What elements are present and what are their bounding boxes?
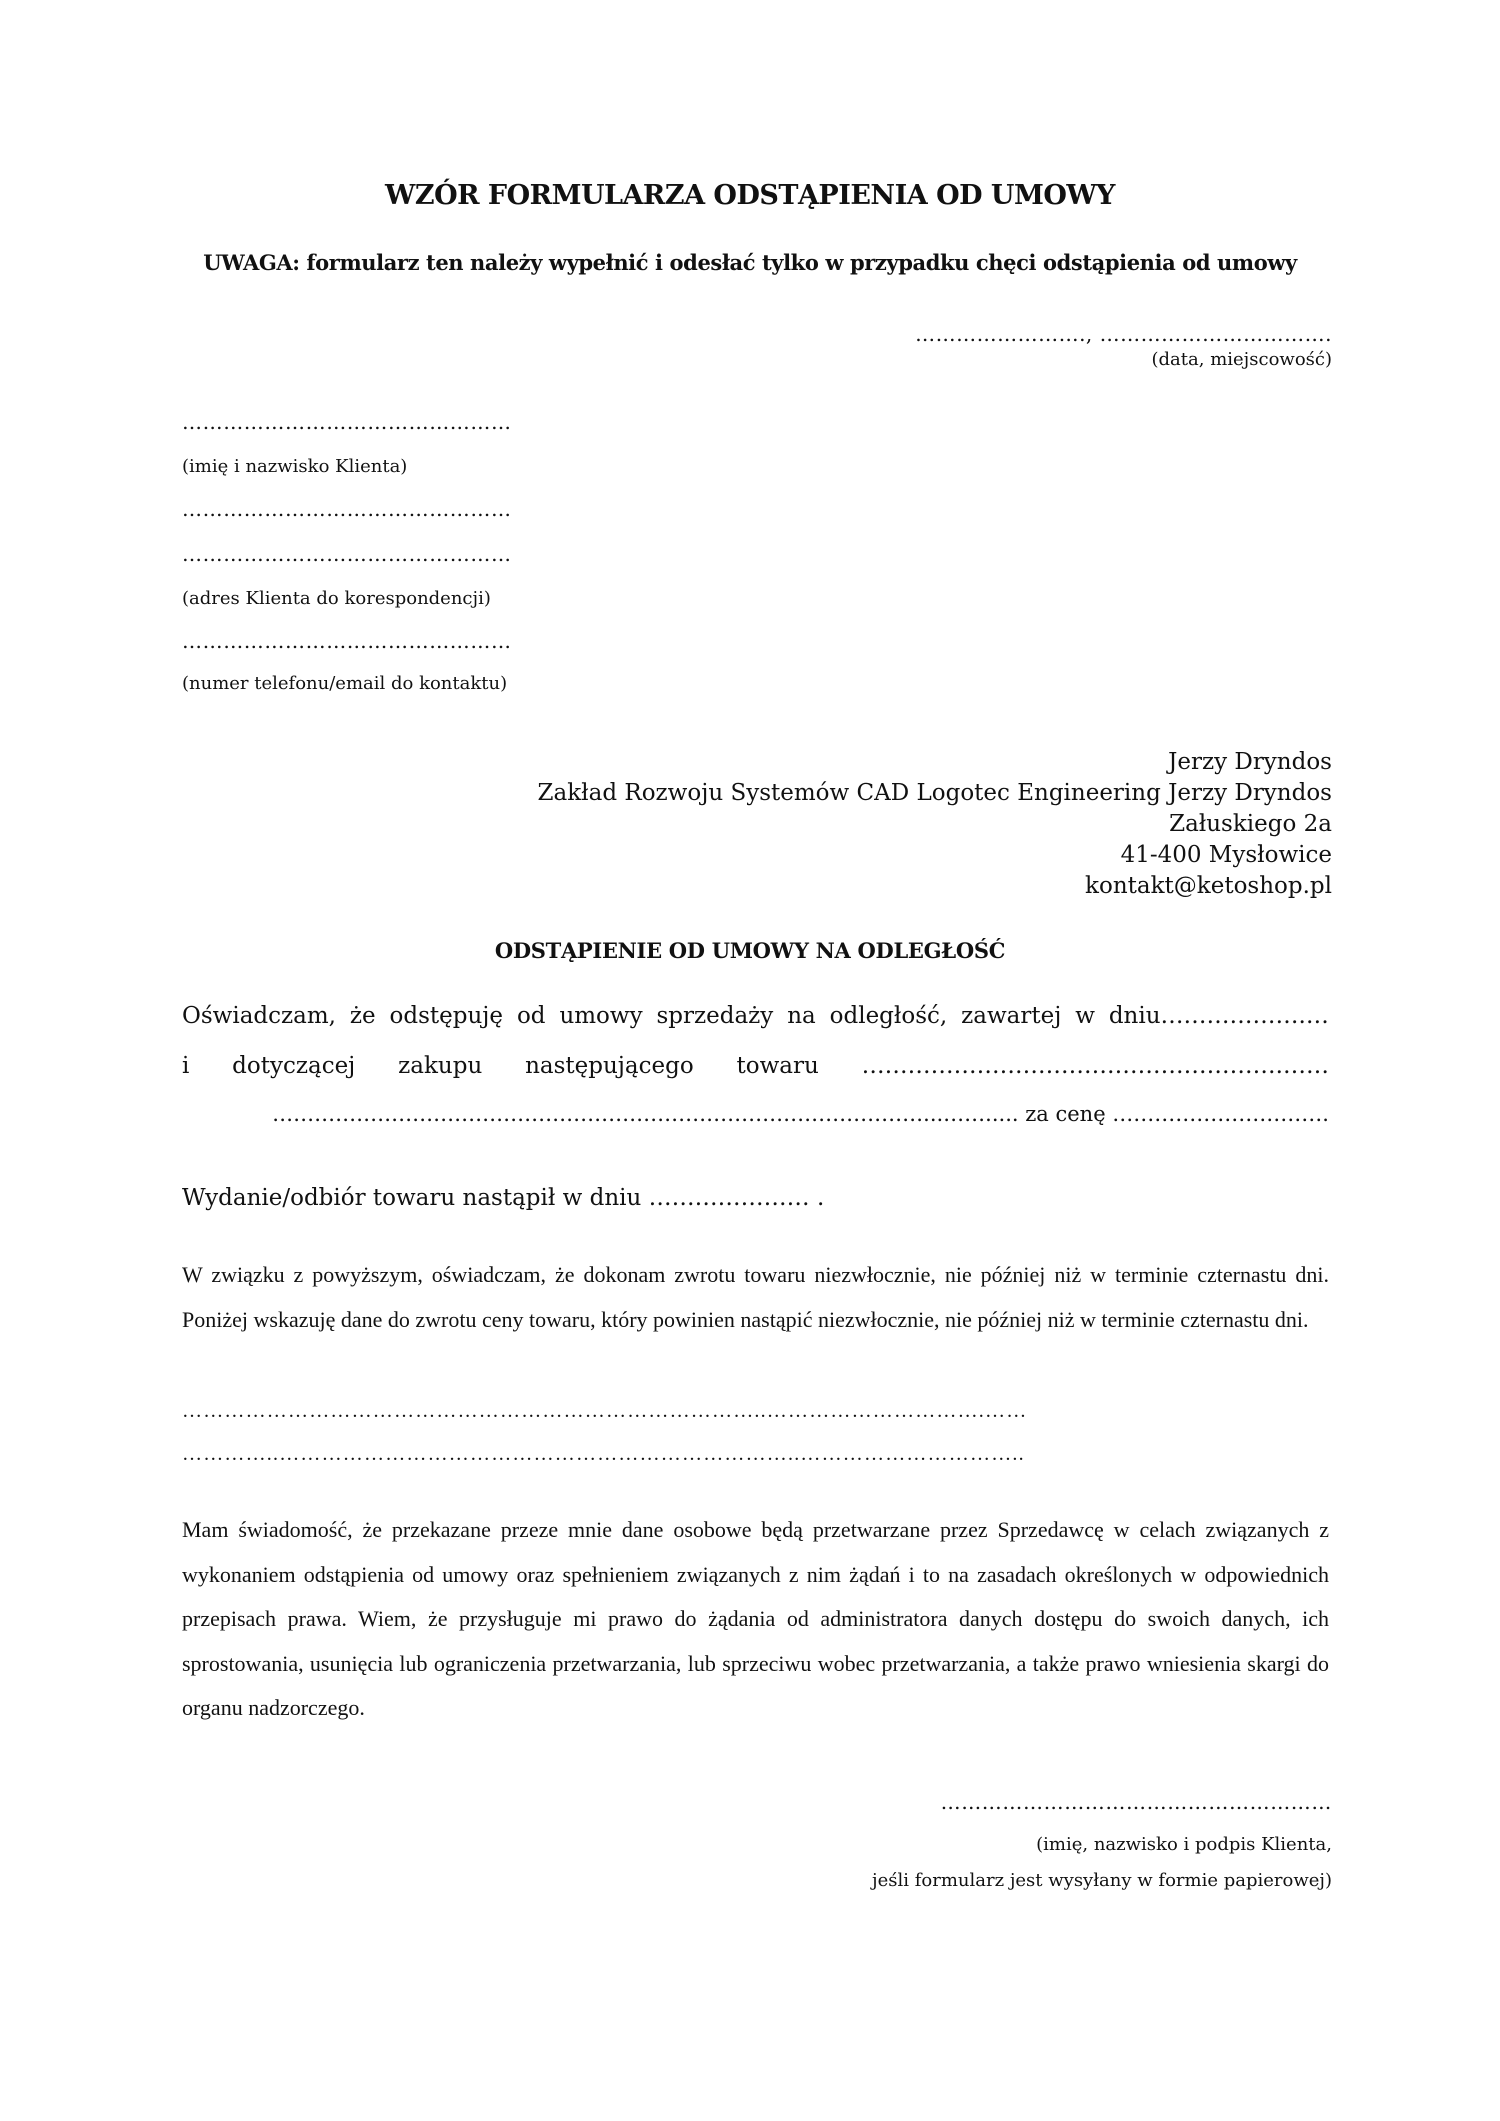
- recipient-line: Załuskiego 2a: [538, 809, 1332, 840]
- statement-word: umowy: [559, 1003, 642, 1029]
- client-address-field-2[interactable]: …………………………………………: [182, 542, 512, 566]
- date-place-field[interactable]: ……………………., …………………………….: [915, 322, 1332, 346]
- recipient-line: Jerzy Dryndos: [538, 747, 1332, 778]
- client-address-field-1[interactable]: …………………………………………: [182, 497, 512, 521]
- statement-word: następującego: [525, 1053, 694, 1079]
- refund-paragraph: W związku z powyższym, oświadczam, że do…: [182, 1253, 1329, 1342]
- statement-word: odległość,: [830, 1003, 948, 1029]
- statement-word: na: [787, 1003, 816, 1029]
- statement-word: Oświadczam,: [182, 1003, 336, 1029]
- statement-word: od: [517, 1003, 546, 1029]
- recipient-line: Zakład Rozwoju Systemów CAD Logotec Engi…: [538, 778, 1332, 809]
- recipient-email: kontakt@ketoshop.pl: [538, 871, 1332, 902]
- statement-word: że: [350, 1003, 376, 1029]
- client-contact-label: (numer telefonu/email do kontaktu): [182, 673, 507, 694]
- statement-line-2: idotyczącejzakupunastępującegotowaru……………: [182, 1053, 1329, 1079]
- signature-label-line-1: (imię, nazwisko i podpis Klienta,: [1036, 1834, 1332, 1855]
- document-title: WZÓR FORMULARZA ODSTĄPIENIA OD UMOWY: [0, 180, 1500, 211]
- gdpr-paragraph: Mam świadomość, że przekazane przeze mni…: [182, 1508, 1329, 1731]
- statement-word: i: [182, 1053, 189, 1079]
- client-contact-field[interactable]: …………………………………………: [182, 629, 512, 653]
- statement-word: sprzedaży: [657, 1003, 774, 1029]
- signature-label-line-2: jeśli formularz jest wysyłany w formie p…: [872, 1870, 1332, 1891]
- delivery-date-statement[interactable]: Wydanie/odbiór towaru nastąpił w dniu ………: [182, 1185, 1329, 1211]
- client-name-label: (imię i nazwisko Klienta): [182, 456, 407, 477]
- client-address-label: (adres Klienta do korespondencji): [182, 588, 491, 609]
- statement-word: towaru: [737, 1053, 819, 1079]
- recipient-line: 41-400 Mysłowice: [538, 840, 1332, 871]
- refund-details-field-2[interactable]: …………..………………………………………………………………..………………………: [182, 1443, 1329, 1466]
- signature-field[interactable]: …………………………………………………: [941, 1790, 1332, 1814]
- statement-word: zakupu: [398, 1053, 482, 1079]
- notice-text: UWAGA: formularz ten należy wypełnić i o…: [0, 250, 1500, 275]
- refund-details-field-1[interactable]: ………………………………………………………………………..………………………….…: [182, 1400, 1329, 1423]
- statement-line-1: Oświadczam,żeodstępujęodumowysprzedażyna…: [182, 1003, 1329, 1029]
- statement-word: zawartej: [961, 1003, 1061, 1029]
- goods-price-field[interactable]: …………………………………………………………………………………...……....…: [182, 1102, 1329, 1126]
- client-name-field[interactable]: …………………………………………: [182, 410, 512, 434]
- statement-word[interactable]: ……………………………………………….……: [862, 1053, 1329, 1079]
- withdrawal-form-page: WZÓR FORMULARZA ODSTĄPIENIA OD UMOWY UWA…: [0, 0, 1500, 2121]
- date-place-label: (data, miejscowość): [1152, 349, 1332, 370]
- statement-word: odstępuję: [390, 1003, 504, 1029]
- recipient-address: Jerzy Dryndos Zakład Rozwoju Systemów CA…: [538, 747, 1332, 902]
- statement-word[interactable]: dniu……………….…: [1109, 1003, 1329, 1029]
- section-title: ODSTĄPIENIE OD UMOWY NA ODLEGŁOŚĆ: [0, 938, 1500, 963]
- statement-word: w: [1075, 1003, 1095, 1029]
- statement-word: dotyczącej: [232, 1053, 355, 1079]
